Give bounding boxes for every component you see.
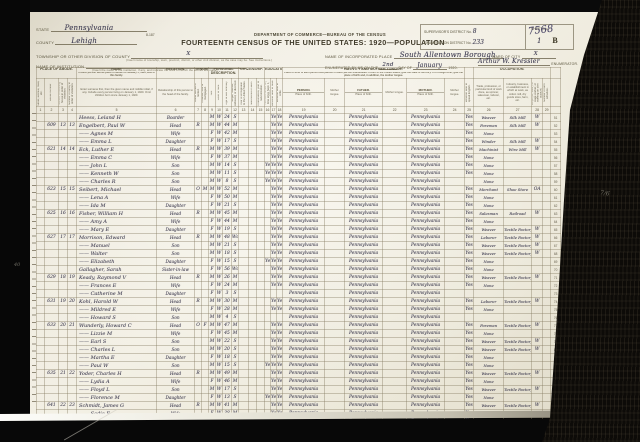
na-cell [249,114,257,122]
column-header-t1: Home owned or rented. [195,79,202,107]
fs-cell [543,218,551,226]
mb-cell: Pennsylvania [407,314,445,322]
sx-cell: M [209,314,216,322]
dw-cell [59,258,68,266]
in-cell: Textile Factory [504,338,532,346]
census-row: —— John LSonMW14SYesYesYesPennsylvaniaPe… [37,162,561,170]
t2-cell: F [202,322,209,330]
sx-cell: F [209,154,216,162]
wr-cell: Yes [277,362,283,370]
na-cell [249,138,257,146]
header-number-row: 1234567891011121314151617181920212223242… [37,107,561,114]
na-cell [249,314,257,322]
ny-cell [257,202,265,210]
fa-cell [68,130,77,138]
pb-cell: Pennsylvania [283,282,325,290]
dw-cell [59,178,68,186]
im-cell [239,130,249,138]
hn-cell: 625 [45,210,59,218]
name-cell: Morrison, Edward [77,234,157,242]
ny-cell [257,250,265,258]
name-cell: Heess, Leland H [77,114,157,122]
hn-cell [45,290,59,298]
st-cell [37,290,45,298]
column-number: 23 [407,107,445,114]
na-cell [249,234,257,242]
ft-cell [383,290,407,298]
wr-cell: Yes [277,194,283,202]
hn-cell [45,194,59,202]
fa-cell: 23 [68,402,77,410]
en-cell: Yes [465,362,474,370]
cl-cell: W [216,386,223,394]
oc-cell: None [474,306,504,314]
fs-cell [543,330,551,338]
hn-cell: 629 [45,274,59,282]
fa-cell: 16 [68,210,77,218]
fs-cell [543,170,551,178]
rd-cell: Yes [271,194,277,202]
t1-cell [195,346,202,354]
t2-cell [202,170,209,178]
em-cell: W [532,122,543,130]
mb-cell: Pennsylvania [407,378,445,386]
im-cell [239,138,249,146]
ag-cell: 8 [223,178,232,186]
na-cell [249,250,257,258]
ag-cell: 42 [223,130,232,138]
wr-cell: Yes [277,306,283,314]
t2-cell [202,338,209,346]
sx-cell: F [209,130,216,138]
oc-cell: None [474,378,504,386]
fb-cell: Pennsylvania [345,394,383,402]
em-cell: W [532,250,543,258]
wr-cell: Yes [277,162,283,170]
wr-cell: Yes [277,178,283,186]
rel-cell: Head [157,234,195,242]
ag-cell: 17 [223,138,232,146]
census-row: —— Catherine MDaughterFW3SPennsylvaniaPe… [37,290,561,298]
t2-cell [202,114,209,122]
ag-cell: 21 [223,242,232,250]
t1-cell [195,218,202,226]
ag-cell: 39 [223,146,232,154]
em-cell: W [532,114,543,122]
sx-cell: M [209,402,216,410]
na-cell [249,162,257,170]
rel-cell: Daughter [157,138,195,146]
rd-cell: Yes [271,282,277,290]
column-number: 2 [45,107,59,114]
name-cell: Seibert, Michael [77,186,157,194]
en-cell: Yes [465,370,474,378]
im-cell [239,346,249,354]
t2-cell [202,314,209,322]
ln-cell: 57 [551,162,561,170]
oc-cell: Merchant [474,186,504,194]
in-cell: Textile Factory [504,370,532,378]
column-number: 21 [345,107,383,114]
pb-cell: Pennsylvania [283,298,325,306]
en-cell: Yes [465,402,474,410]
ny-cell [257,274,265,282]
st-cell [37,314,45,322]
im-cell [239,258,249,266]
dw-cell [59,250,68,258]
name-cell: —— Agnes M [77,130,157,138]
column-number: 6 [157,107,195,114]
mt-cell [445,162,465,170]
ag-cell: 13 [223,394,232,402]
pt-cell [325,178,345,186]
ms-cell: Wd [232,234,239,242]
ft-cell [383,386,407,394]
oc-cell: None [474,162,504,170]
oc-cell: Weaver [474,274,504,282]
fb-cell: Pennsylvania [345,138,383,146]
fa-cell [68,250,77,258]
name-cell: Yoder, Charles H [77,370,157,378]
em-cell [532,378,543,386]
column-header-im: Year of immigration to the United States… [239,79,249,107]
im-cell [239,186,249,194]
en-cell: Yes [465,386,474,394]
rel-cell: Daughter [157,202,195,210]
em-cell: W [532,386,543,394]
ag-cell: 37 [223,154,232,162]
ln-cell: 65 [551,226,561,234]
mt-cell [445,362,465,370]
fa-cell: 17 [68,234,77,242]
na-cell [249,258,257,266]
incorporated-place-label: NAME OF INCORPORATED PLACE [325,55,392,59]
dw-cell [59,266,68,274]
t2-cell [202,394,209,402]
dw-cell [59,306,68,314]
rd-cell: Yes [271,138,277,146]
column-number: 7 [195,107,202,114]
fa-cell: 14 [68,146,77,154]
ag-cell: 49 [223,370,232,378]
fs-cell [543,298,551,306]
t1-cell: R [195,234,202,242]
fb-cell: Pennsylvania [345,298,383,306]
dw-cell [59,394,68,402]
ms-cell: M [232,378,239,386]
census-row: 6332021Wunderly, Howard CHeadOFMW47MYesY… [37,322,561,330]
ft-cell [383,146,407,154]
name-cell: —— Howard S [77,314,157,322]
ag-cell: 26 [223,274,232,282]
na-cell [249,338,257,346]
rd-cell: Yes [271,346,277,354]
t1-cell: R [195,210,202,218]
in-cell: Textile Factory [504,346,532,354]
pt-cell [325,354,345,362]
ms-cell: M [232,130,239,138]
mt-cell [445,402,465,410]
em-cell [532,162,543,170]
enumerator-signature: Arthur W. Kressler [478,58,540,65]
census-row: —— ElizabethDaughterFW15SYesYesYesPennsy… [37,258,561,266]
na-cell [249,346,257,354]
census-row: —— Lizzie MWifeFW45MYesYesPennsylvaniaPe… [37,330,561,338]
rel-cell: Head [157,210,195,218]
in-cell [504,178,532,186]
ln-cell: 68 [551,250,561,258]
oc-cell: None [474,394,504,402]
column-group: PERSONAL DESCRIPTION. [209,68,239,79]
header-label-row: Street, avenue, road, etc.House number.N… [37,79,561,107]
column-header-fb: FATHER.Place of birth. [345,79,383,107]
pb-cell: Pennsylvania [283,362,325,370]
sx-cell: F [209,354,216,362]
column-header-fs: Number of farm schedule. [543,79,551,107]
wr-cell: Yes [277,274,283,282]
in-cell [504,394,532,402]
dw-cell [59,330,68,338]
township-value: X [186,51,190,57]
in-cell: Textile Factory [504,298,532,306]
column-header-ny: If naturalized, year of naturalization. [257,79,265,107]
fb-cell: Pennsylvania [345,386,383,394]
t1-cell [195,314,202,322]
ln-cell: 61 [551,194,561,202]
fa-cell [68,242,77,250]
oc-cell [474,314,504,322]
fb-cell: Pennsylvania [345,266,383,274]
fa-cell [68,114,77,122]
oc-cell: Weaver [474,242,504,250]
en-cell [465,314,474,322]
t1-cell [195,258,202,266]
sx-cell: M [209,346,216,354]
na-cell [249,274,257,282]
fb-cell: Pennsylvania [345,178,383,186]
mb-cell: Pennsylvania [407,354,445,362]
in-cell: Textile Factory [504,402,532,410]
rd-cell: Yes [271,354,277,362]
hn-cell [45,114,59,122]
oc-cell: Weaver [474,386,504,394]
mt-cell [445,258,465,266]
pb-cell: Pennsylvania [283,290,325,298]
en-cell: Yes [465,330,474,338]
in-cell: Textile Factory [504,386,532,394]
ny-cell [257,122,265,130]
in-cell [504,130,532,138]
fs-cell [543,250,551,258]
cl-cell: W [216,282,223,290]
mt-cell [445,282,465,290]
im-cell [239,178,249,186]
ln-cell: 60 [551,186,561,194]
cl-cell: W [216,210,223,218]
sx-cell: M [209,170,216,178]
sx-cell: F [209,290,216,298]
dw-cell: 14 [59,146,68,154]
sc-cell: Yes [265,170,271,178]
t1-cell: R [195,274,202,282]
rel-cell: Head [157,146,195,154]
hn-cell [45,178,59,186]
rel-cell: Wife [157,218,195,226]
wr-cell: Yes [277,122,283,130]
na-cell [249,378,257,386]
wr-cell: Yes [277,250,283,258]
rel-cell: Son [157,170,195,178]
st-cell [37,194,45,202]
name-cell: —— Earl S [77,338,157,346]
name-cell: —— Frances E [77,282,157,290]
pt-cell [325,298,345,306]
ms-cell: S [232,162,239,170]
form-code: 8-187 [146,33,155,37]
fa-cell [68,362,77,370]
cl-cell: W [216,314,223,322]
ft-cell [383,186,407,194]
en-cell: Yes [465,186,474,194]
wr-cell: Yes [277,338,283,346]
column-number: 19 [283,107,325,114]
ft-cell [383,138,407,146]
ny-cell [257,178,265,186]
ag-cell: 41 [223,402,232,410]
column-number: 13 [239,107,249,114]
name-cell: —— Catherine M [77,290,157,298]
na-cell [249,242,257,250]
t1-cell [195,170,202,178]
ln-cell: 69 [551,258,561,266]
wr-cell: Yes [277,218,283,226]
wr-cell: Yes [277,186,283,194]
mt-cell [445,114,465,122]
fa-cell [68,226,77,234]
mb-cell: Pennsylvania [407,202,445,210]
t1-cell [195,114,202,122]
scan-border-top [0,0,640,12]
column-number: 10 [216,107,223,114]
im-cell [239,298,249,306]
pt-cell [325,306,345,314]
in-cell [504,290,532,298]
census-row: 6271717Morrison, EdwardHeadRMW48WdYesYes… [37,234,561,242]
t1-cell [195,386,202,394]
en-cell: Yes [465,226,474,234]
hn-cell: 641 [45,402,59,410]
en-cell: Yes [465,146,474,154]
en-cell: Yes [465,242,474,250]
in-cell [504,194,532,202]
hn-cell: 627 [45,234,59,242]
ms-cell: M [232,210,239,218]
t2-cell [202,210,209,218]
mt-cell [445,186,465,194]
na-cell [249,322,257,330]
ft-cell [383,178,407,186]
ag-cell: 24 [223,114,232,122]
in-cell [504,330,532,338]
fb-cell: Pennsylvania [345,242,383,250]
hn-cell: 621 [45,146,59,154]
mt-cell [445,218,465,226]
rel-cell: Head [157,370,195,378]
in-cell: Textile Factory [504,226,532,234]
oc-cell: Weaver [474,114,504,122]
mt-cell [445,234,465,242]
em-cell [532,154,543,162]
rel-cell: Son [157,162,195,170]
oc-cell: Laborer [474,234,504,242]
name-cell: —— Floyd L [77,386,157,394]
cl-cell: W [216,354,223,362]
ny-cell [257,218,265,226]
fs-cell [543,162,551,170]
fb-cell: Pennsylvania [345,170,383,178]
mb-cell: Pennsylvania [407,154,445,162]
cl-cell: W [216,138,223,146]
ny-cell [257,138,265,146]
na-cell [249,202,257,210]
rel-cell: Wife [157,194,195,202]
ny-cell [257,242,265,250]
oc-cell: None [474,330,504,338]
im-cell [239,290,249,298]
ny-cell [257,130,265,138]
name-cell: —— Elizabeth [77,258,157,266]
em-cell [532,394,543,402]
im-cell [239,370,249,378]
t2-cell [202,306,209,314]
t1-cell [195,154,202,162]
fb-cell: Pennsylvania [345,218,383,226]
wr-cell: Yes [277,266,283,274]
fs-cell [543,354,551,362]
ms-cell: S [232,178,239,186]
fa-cell [68,218,77,226]
cl-cell: W [216,178,223,186]
census-row: 6091313Engelbert, Paul WHeadRMW44MYesYes… [37,122,561,130]
en-cell: Yes [465,138,474,146]
mt-cell [445,394,465,402]
rel-cell: Son [157,346,195,354]
fs-cell [543,378,551,386]
hn-cell [45,282,59,290]
em-cell [532,170,543,178]
column-number: 26 [474,107,504,114]
en-cell: Yes [465,210,474,218]
sx-cell: F [209,258,216,266]
cl-cell: W [216,162,223,170]
rel-cell: Wife [157,154,195,162]
fs-cell [543,194,551,202]
fb-cell: Pennsylvania [345,130,383,138]
dw-cell: 22 [59,402,68,410]
census-row: —— Floyd LSonMW17SYesYesPennsylvaniaPenn… [37,386,561,394]
wr-cell: Yes [277,202,283,210]
in-cell [504,306,532,314]
in-cell [504,154,532,162]
wr-cell: Yes [277,330,283,338]
column-group: CITIZENSHIP. [239,68,265,79]
en-cell: Yes [465,338,474,346]
t1-cell [195,394,202,402]
t1-cell [195,194,202,202]
fs-cell [543,138,551,146]
pt-cell [325,394,345,402]
sx-cell: F [209,282,216,290]
